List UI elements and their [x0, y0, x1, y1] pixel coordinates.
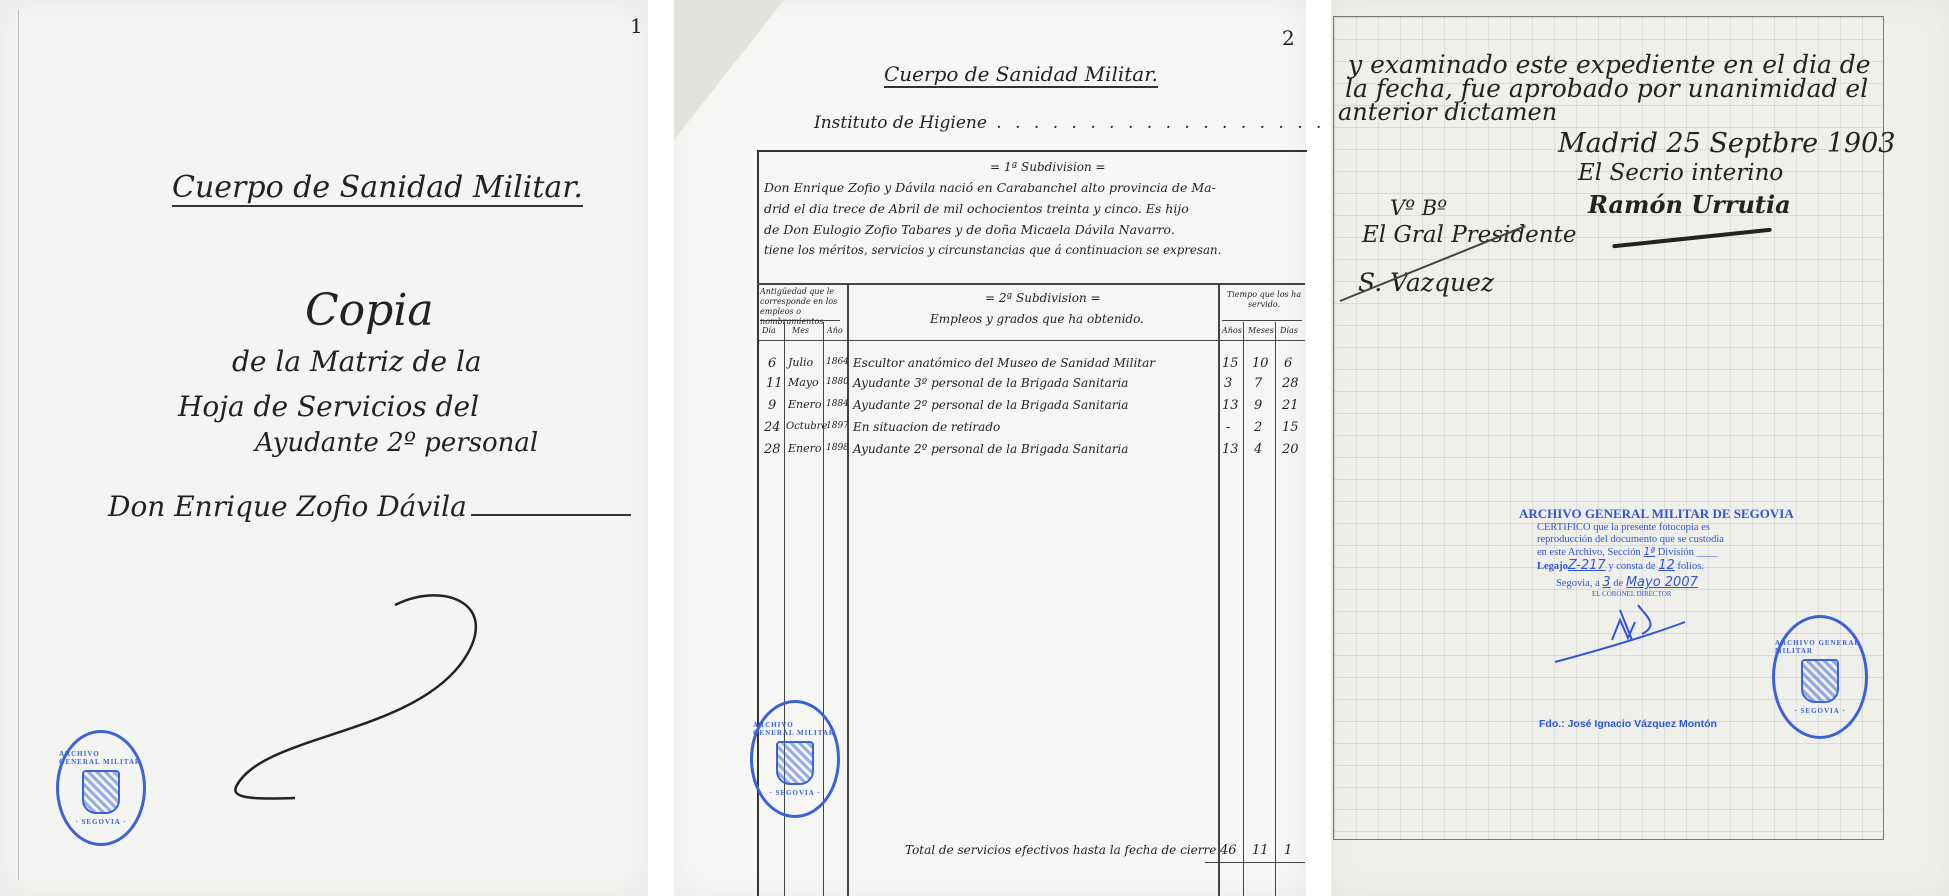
approval-mark: Vº Bº [1390, 196, 1447, 220]
date-column-header: Antigüedad que le corresponde en los emp… [760, 287, 844, 327]
coat-of-arms-icon [82, 770, 120, 814]
place-date: Madrid 25 Septbre 1903 [1558, 128, 1895, 159]
coat-of-arms-icon [776, 741, 814, 785]
total-rule [1205, 862, 1305, 863]
subdivision-1-title: = 1ª Subdivision = [990, 160, 1106, 174]
title-line-3: Ayudante 2º personal [255, 428, 538, 458]
secretary-title: El Secrio interino [1578, 160, 1783, 186]
biography-line-1: Don Enrique Zofio y Dávila nació en Cara… [764, 180, 1216, 195]
table-divider [757, 283, 1305, 285]
director-signature [1550, 600, 1690, 670]
header-bottom-rule [757, 340, 1305, 341]
col-header-meses: Meses [1248, 326, 1274, 335]
service-record-table [757, 150, 1307, 896]
page-number: 1 [630, 14, 643, 38]
title-line-1: de la Matriz de la [232, 345, 482, 378]
subdivision-2-title: = 2ª Subdivision = [985, 291, 1101, 305]
col-line [1275, 322, 1276, 896]
biography-line-3: de Don Eulogio Zofio Tabares y de doña M… [764, 222, 1175, 237]
time-column-header: Tiempo que los ha servido. [1224, 290, 1304, 310]
page-fold [674, 0, 784, 140]
document-page-1: 1 Cuerpo de Sanidad Militar. Copia de la… [0, 0, 648, 896]
col-header-anos: Años [1222, 326, 1242, 335]
page-number: 2 [1282, 26, 1295, 50]
biography-line-4: tiene los méritos, servicios y circunsta… [764, 243, 1221, 257]
page-edge-rule [18, 10, 19, 880]
col-header-dia: Día [762, 326, 776, 335]
total-meses: 11 [1252, 843, 1269, 858]
col-line [823, 322, 824, 896]
subdivision-2-subtitle: Empleos y grados que ha obtenido. [930, 312, 1144, 326]
header-rule [1222, 320, 1302, 321]
page-heading: Cuerpo de Sanidad Militar. [172, 170, 583, 207]
director-name: Fdo.: José Ignacio Vázquez Montón [1539, 718, 1717, 730]
total-label: Total de servicios efectivos hasta la fe… [905, 843, 1216, 857]
total-dias: 1 [1284, 843, 1292, 858]
institute-label: Instituto de Higiene . . . . . . . . . .… [814, 113, 1325, 133]
total-anos: 46 [1220, 843, 1237, 858]
archive-stamp: ARCHIVO GENERAL MILITAR · SEGOVIA · [750, 700, 840, 818]
title-line-2: Hoja de Servicios del [178, 390, 479, 423]
president-title: El Gral Presidente [1362, 222, 1576, 248]
coat-of-arms-icon [1801, 659, 1839, 703]
col-header-dias: Días [1280, 326, 1298, 335]
president-signature: S. Vazquez [1358, 268, 1494, 297]
col-header-anio: Año [827, 326, 843, 335]
approval-line-3: anterior dictamen [1338, 98, 1557, 126]
person-name: Don Enrique Zofio Dávila [108, 490, 631, 523]
col-line [1218, 284, 1220, 896]
page-heading: Cuerpo de Sanidad Militar. [884, 62, 1158, 88]
col-line [847, 284, 849, 896]
archive-stamp: ARCHIVO GENERAL MILITAR · SEGOVIA · [1772, 615, 1868, 739]
secretary-signature: Ramón Urrutia [1588, 190, 1791, 219]
archive-stamp: ARCHIVO GENERAL MILITAR · SEGOVIA · [56, 730, 146, 846]
biography-line-2: drid el dia trece de Abril de mil ochoci… [764, 201, 1189, 216]
document-title: Copia [305, 285, 434, 336]
col-header-mes: Mes [792, 326, 809, 335]
col-line [1243, 322, 1244, 896]
folio-mark-two [225, 585, 505, 800]
